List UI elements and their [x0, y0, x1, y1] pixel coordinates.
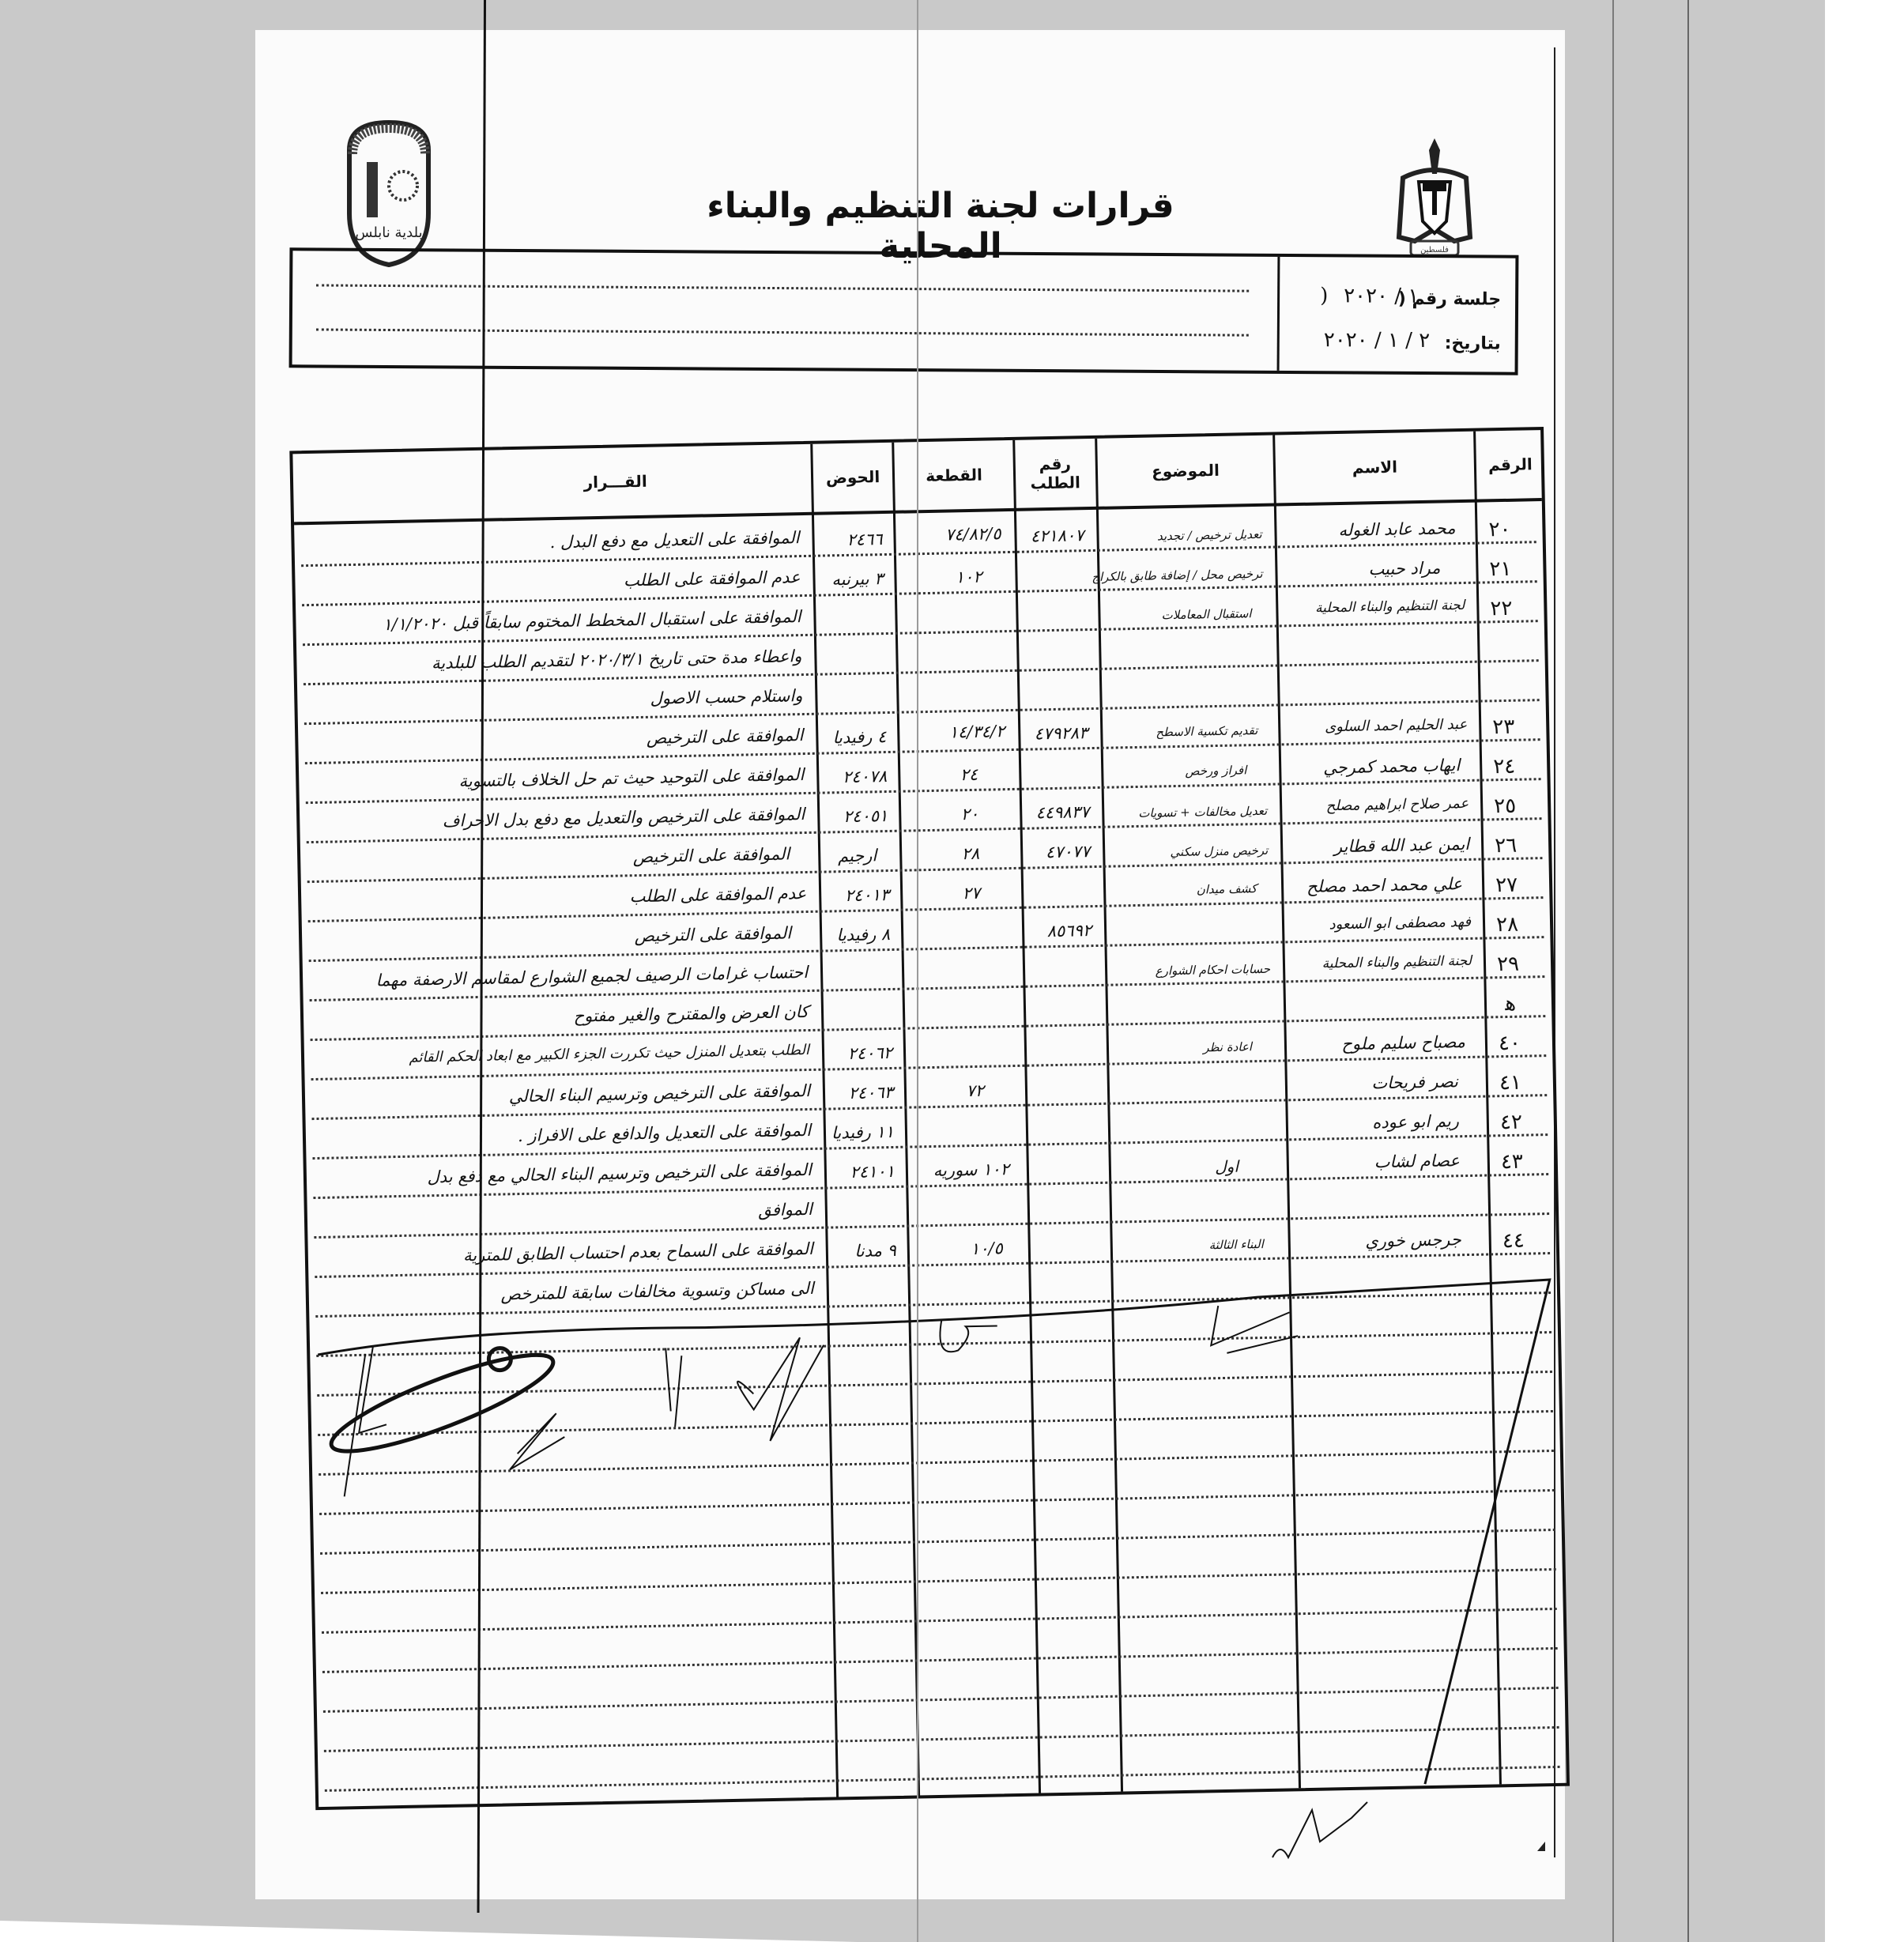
row-parcel: ١٠٢ سوريه	[933, 1161, 1010, 1179]
row-decision-line-2: كان العرض والمقترح والغير مفتوح	[573, 1004, 809, 1025]
ruled-line	[314, 1212, 1549, 1239]
row-decision-line-2: الموافق	[758, 1201, 812, 1219]
row-subject: اول	[1215, 1159, 1239, 1175]
row-number: ٢٧	[1495, 875, 1518, 896]
box-divider	[1277, 257, 1280, 371]
column-divider	[810, 444, 839, 1797]
row-parcel: ٧٤/٨٢/٥	[945, 526, 1001, 543]
row-parcel: ٢٧	[962, 885, 980, 902]
row-number: ٤٢	[1500, 1112, 1522, 1133]
row-subject: ترخيص محل / إضافة طابق بالكراج	[1092, 568, 1262, 583]
scanner-bottom-margin	[0, 1895, 1904, 1942]
nablus-municipality-emblem: بلدية نابلس	[341, 119, 436, 269]
margin-initials-signature	[1265, 1794, 1391, 1868]
row-request-no: ٨٥٦٩٢	[1047, 922, 1092, 940]
row-subject: استقبال المعاملات	[1161, 608, 1251, 621]
row-basin: ١١ رفيديا	[831, 1124, 894, 1142]
signature	[1210, 1304, 1298, 1353]
row-subject: اعادة نظر	[1203, 1041, 1252, 1054]
row-parcel: ٢٠	[961, 806, 979, 823]
row-decision: احتساب غرامات الرصيف لجميع الشوارع لمقاس…	[375, 964, 808, 989]
row-name: محمد عابد الغوله	[1338, 520, 1455, 539]
row-number: ٢٦	[1495, 835, 1517, 857]
row-basin: ٤ رفيديا	[832, 729, 886, 746]
row-decision: الموافقة على التعديل والدافع على الافراز…	[518, 1122, 811, 1144]
signature	[940, 1318, 997, 1352]
session-number-value: ١ / ٢٠٢٠	[1344, 284, 1419, 308]
row-request-no: ٤٧٠٧٧	[1046, 843, 1091, 861]
row-decision: الموافقة على الترخيص	[647, 727, 804, 747]
row-decision-line-3: واستلام حسب الاصول	[650, 688, 802, 707]
row-basin: ٢٤٠٦٣	[848, 1084, 893, 1102]
row-decision: عدم الموافقة على الطلب	[629, 885, 806, 905]
ruled-line	[312, 1133, 1548, 1160]
row-subject: تقديم تكسية الاسطح	[1156, 725, 1257, 738]
ruled-line	[301, 541, 1536, 567]
row-name: علي محمد احمد مصلح	[1306, 876, 1462, 896]
row-decision: الموافقة على الترخيص	[633, 846, 790, 865]
row-parcel: ٢٨	[961, 846, 979, 862]
svg-text:بلدية نابلس: بلدية نابلس	[355, 224, 422, 241]
row-decision: عدم الموافقة على الطلب	[624, 569, 801, 589]
row-parcel: ١٠/٥	[971, 1240, 1003, 1258]
row-number: ٢٨	[1496, 914, 1518, 936]
row-request-no: ٤٢١٨٠٧	[1031, 527, 1084, 545]
row-number: ٤١	[1499, 1073, 1521, 1094]
row-name: عصام لشاب	[1374, 1152, 1461, 1171]
row-request-no: ٤٤٩٨٣٧	[1035, 804, 1089, 821]
row-decision: الطلب بتعديل المنزل حيث تكررت الجزء الكب…	[409, 1043, 809, 1065]
row-basin: ٢٤٠٥١	[843, 808, 888, 825]
row-subject: تعديل ترخيص / تجديد	[1157, 529, 1262, 543]
row-subject: البناء الثالثة	[1209, 1239, 1264, 1251]
svg-text:فلسطين: فلسطين	[1420, 246, 1449, 255]
corner-mark	[1537, 1842, 1545, 1851]
row-basin: ٢٤٠٦٢	[847, 1045, 892, 1062]
row-basin: ٢٤٦٦	[846, 531, 883, 549]
row-name: فهد مصطفى ابو السعود	[1329, 915, 1471, 932]
row-name: لجنة التنظيم والبناء المحلية	[1315, 599, 1465, 616]
row-number: ٢٣	[1492, 717, 1514, 738]
row-name: عبد الحليم احمد السلوى	[1325, 718, 1467, 734]
row-decision: الموافقة على التعديل مع دفع البدل .	[549, 530, 799, 551]
row-name: ايهاب محمد كمرجي	[1323, 757, 1460, 776]
row-number: ٢٥	[1494, 796, 1516, 817]
row-number: ٤٤	[1502, 1231, 1525, 1252]
scanner-edge-line	[1612, 0, 1614, 1942]
signature	[509, 1413, 565, 1469]
header-decision: القـــرار	[419, 444, 812, 519]
row-parcel: ٧٢	[966, 1083, 984, 1099]
row-decision-line-2: واعطاء مدة حتى تاريخ ٢٠٢٠/٣/١ لتقديم الط…	[432, 648, 802, 672]
scanner-white-margin	[1825, 0, 1904, 1942]
row-subject: ترخيص منزل سكني	[1170, 845, 1268, 858]
ruled-line	[322, 1608, 1557, 1634]
row-basin: ٢٤١٠١	[850, 1163, 895, 1181]
column-divider	[1473, 432, 1502, 1785]
row-number: ٤٣	[1501, 1152, 1523, 1173]
row-number: ٢٠	[1488, 519, 1510, 541]
row-decision-line-2: الى مساكن وتسوية مخالفات سابقة للمترخص	[500, 1280, 814, 1303]
blank-line	[316, 284, 1249, 292]
ruled-line	[325, 1766, 1560, 1792]
row-number: ٢٢	[1490, 598, 1512, 620]
session-number-close: )	[1320, 284, 1328, 307]
row-decision: الموافقة على السماح بعدم احتساب الطابق ل…	[463, 1241, 813, 1264]
row-basin: ٨ رفيديا	[836, 926, 890, 944]
row-name: ريم ابو عوده	[1372, 1113, 1459, 1131]
scanner-edge-line	[1687, 0, 1689, 1942]
signature	[341, 1345, 388, 1496]
row-subject: حسابات احكام الشوارع	[1156, 963, 1271, 978]
row-number-note: ﮬ	[1505, 994, 1516, 1014]
palestine-eagle-emblem: فلسطين	[1391, 134, 1478, 261]
row-name: مصباح سليم ملوح	[1341, 1034, 1465, 1053]
column-divider	[1012, 440, 1041, 1793]
row-number: ٢١	[1489, 559, 1511, 580]
header-number: الرقم	[1476, 430, 1545, 500]
column-divider	[1095, 439, 1123, 1792]
signature	[665, 1348, 683, 1427]
blank-line	[316, 328, 1249, 336]
ruled-line	[322, 1647, 1558, 1673]
row-subject: تعديل مخالفات + تسويات	[1138, 805, 1267, 820]
row-name: عمر صلاح ابراهيم مصلح	[1325, 797, 1469, 813]
row-name: مراد حبيب	[1368, 560, 1440, 579]
row-basin: ٢٤٠٧٨	[843, 768, 888, 786]
row-number: ٢٤	[1493, 756, 1515, 778]
row-decision: الموافقة على استقبال المخطط المختوم سابق…	[383, 609, 801, 633]
signatures-block	[309, 1299, 1568, 1579]
header-request-no: رقم الطلب	[1015, 439, 1095, 508]
session-date-value: ٢ / ١ / ٢٠٢٠	[1324, 328, 1431, 353]
row-subject: افراز ورخص	[1185, 764, 1246, 777]
row-decision: الموافقة على الترخيص والتعديل مع دفع بدل…	[443, 806, 805, 830]
row-name: جرجس خوري	[1365, 1231, 1461, 1250]
row-basin: ٩ مدنا	[854, 1243, 896, 1260]
row-number: ٢٩	[1497, 954, 1519, 975]
scanner-artifact-line	[917, 0, 918, 1942]
signature	[737, 1337, 825, 1442]
row-name: ايمن عبد الله قطاير	[1334, 836, 1470, 855]
row-decision: الموافقة على الترخيص وترسيم البناء الحال…	[427, 1162, 812, 1186]
row-request-no: ٤٧٩٢٨٣	[1034, 725, 1088, 742]
row-decision: الموافقة على الترخيص	[634, 925, 791, 945]
row-basin: ٣ بيرنبه	[831, 571, 884, 588]
header-name: الاسم	[1275, 432, 1475, 503]
row-number: ٤٠	[1499, 1033, 1521, 1054]
header-subject: الموضوع	[1097, 436, 1274, 507]
row-name: لجنة التنظيم والبناء المحلية	[1322, 955, 1472, 971]
row-parcel: ١٤/٣٤/٢	[949, 723, 1005, 741]
row-parcel: ١٠٢	[955, 569, 982, 586]
row-decision: الموافقة على التوحيد حيث تم حل الخلاف با…	[458, 767, 804, 790]
ruled-line	[311, 1094, 1547, 1120]
row-parcel: ٢٤	[960, 767, 978, 783]
header-parcel: القطعة	[894, 440, 1014, 511]
column-divider	[892, 443, 920, 1796]
row-name: نصر فريحات	[1371, 1073, 1458, 1092]
header-basin: الحوض	[812, 443, 893, 512]
ruled-line	[323, 1687, 1559, 1713]
row-decision: الموافقة على الترخيص وترسيم البناء الحال…	[509, 1083, 811, 1105]
session-date-label: بتاريخ:	[1445, 334, 1501, 353]
row-basin: ٢٤٠١٣	[845, 887, 890, 904]
ruled-line	[324, 1726, 1559, 1752]
row-subject: كشف ميدان	[1197, 883, 1257, 896]
row-basin: ارجيم	[838, 847, 877, 865]
column-divider	[1272, 436, 1301, 1789]
session-info-box: جلسة رقم ( ١ / ٢٠٢٠ ) بتاريخ: ٢ / ١ / ٢٠…	[289, 247, 1519, 375]
